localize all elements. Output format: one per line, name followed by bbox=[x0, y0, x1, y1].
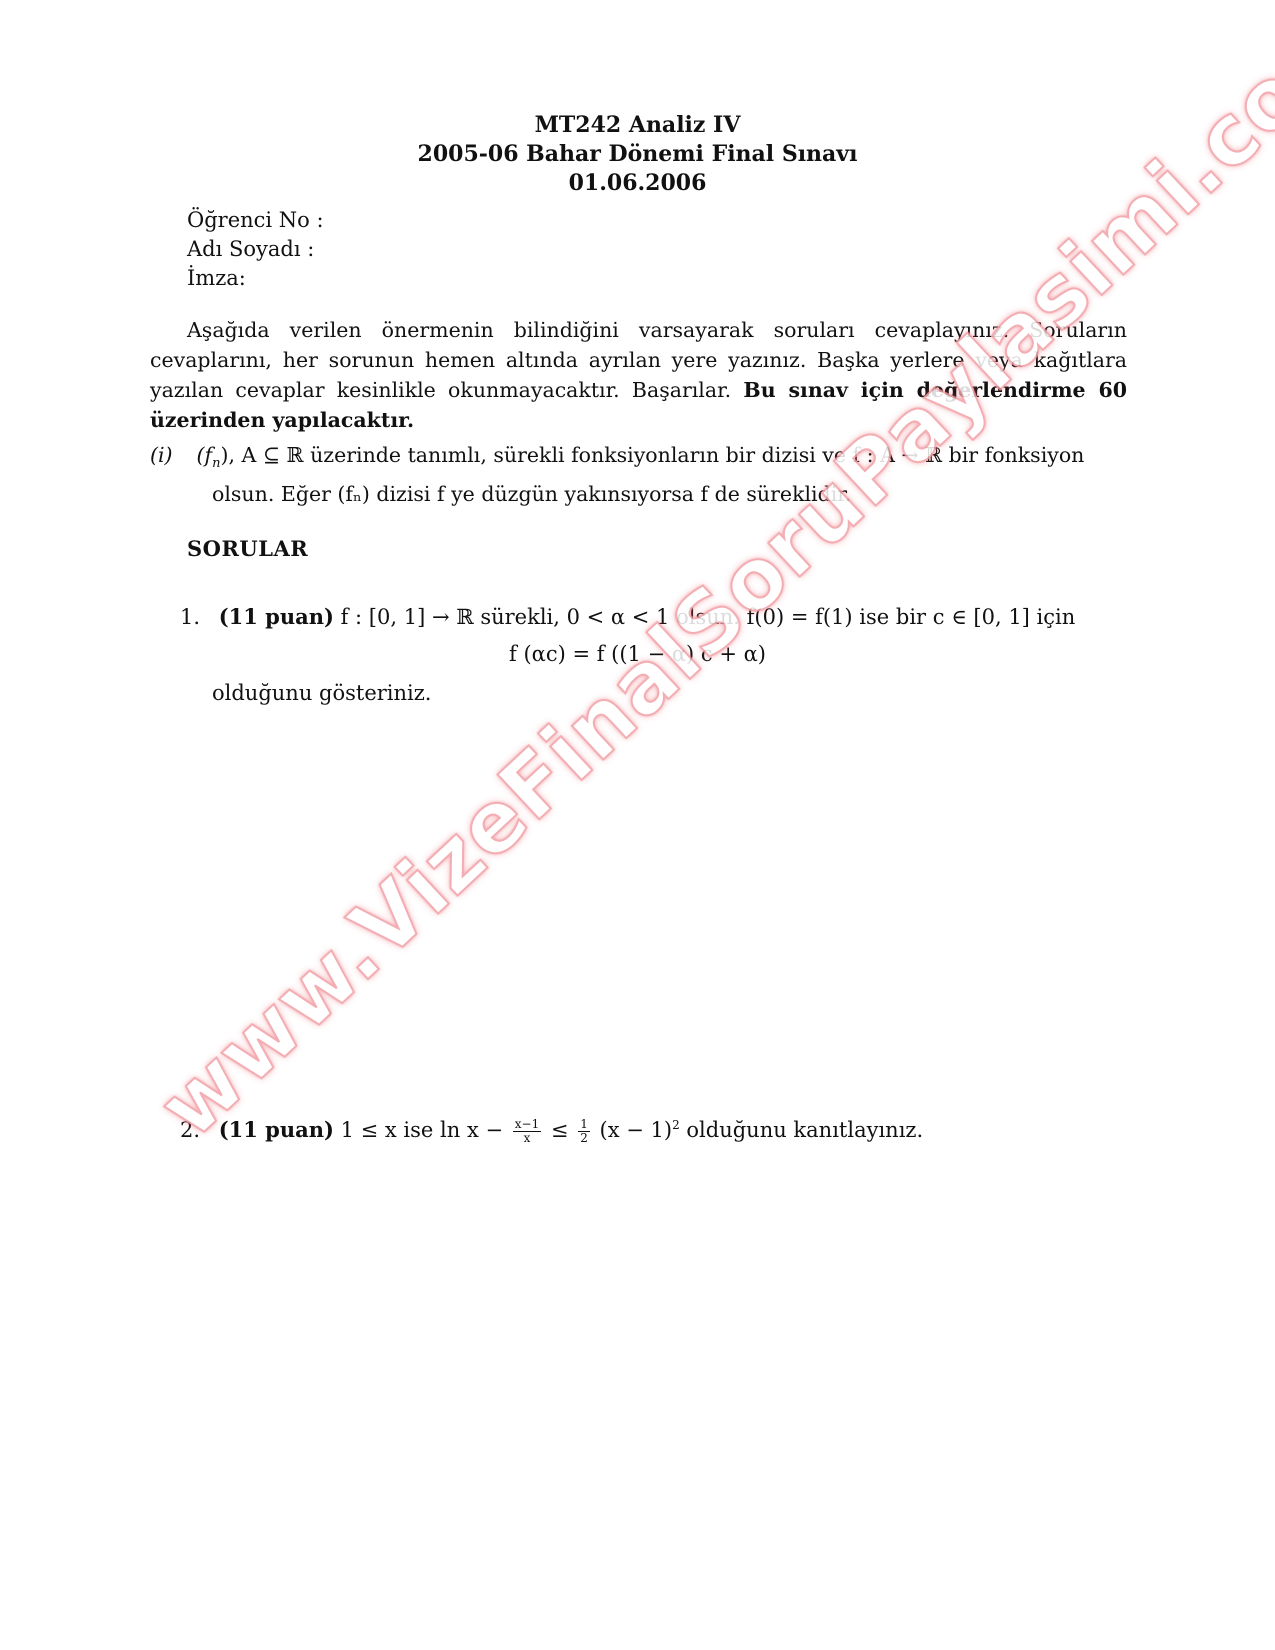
statement-label: (i) bbox=[150, 440, 190, 470]
signature-label: İmza: bbox=[187, 266, 246, 290]
question-2: 2. (11 puan) 1 ≤ x ise ln x − x−1 x ≤ 1 … bbox=[180, 1117, 923, 1145]
given-statement: (i) (fn), A ⊆ ℝ üzerinde tanımlı, sürekl… bbox=[150, 440, 1127, 509]
question-2-points: (11 puan) bbox=[219, 1117, 334, 1142]
student-name-label: Adı Soyadı : bbox=[187, 237, 314, 261]
exam-page: MT242 Analiz IV 2005-06 Bahar Dönemi Fin… bbox=[0, 0, 1275, 1650]
question-1-text: f : [0, 1] → ℝ sürekli, 0 < α < 1 olsun.… bbox=[341, 605, 1076, 629]
exam-title: 2005-06 Bahar Dönemi Final Sınavı bbox=[0, 141, 1275, 167]
question-1-equation: f (αc) = f ((1 − α) c + α) bbox=[0, 642, 1275, 666]
statement-line-1: (fn), A ⊆ ℝ üzerinde tanımlı, sürekli fo… bbox=[197, 443, 1085, 467]
course-title: MT242 Analiz IV bbox=[0, 112, 1275, 138]
question-1-points: (11 puan) bbox=[219, 604, 334, 629]
section-title: SORULAR bbox=[187, 536, 308, 561]
question-1-instruction: olduğunu gösteriniz. bbox=[212, 681, 432, 705]
question-2-instruction: olduğunu kanıtlayınız. bbox=[686, 1118, 923, 1142]
student-number-label: Öğrenci No : bbox=[187, 208, 324, 232]
question-1-number: 1. bbox=[180, 605, 212, 629]
question-2-fraction-2: 1 2 bbox=[578, 1118, 590, 1145]
statement-line-2: olsun. Eğer (fₙ) dizisi f ye düzgün yakı… bbox=[150, 479, 1127, 509]
question-2-number: 2. bbox=[180, 1118, 212, 1142]
instructions-paragraph: Aşağıda verilen önermenin bilindiğini va… bbox=[150, 315, 1127, 435]
question-1: 1. (11 puan) f : [0, 1] → ℝ sürekli, 0 <… bbox=[180, 604, 1075, 629]
question-2-text-before: 1 ≤ x ise ln x − bbox=[341, 1118, 503, 1142]
exam-date: 01.06.2006 bbox=[0, 170, 1275, 196]
question-2-fraction-1: x−1 x bbox=[513, 1118, 541, 1145]
